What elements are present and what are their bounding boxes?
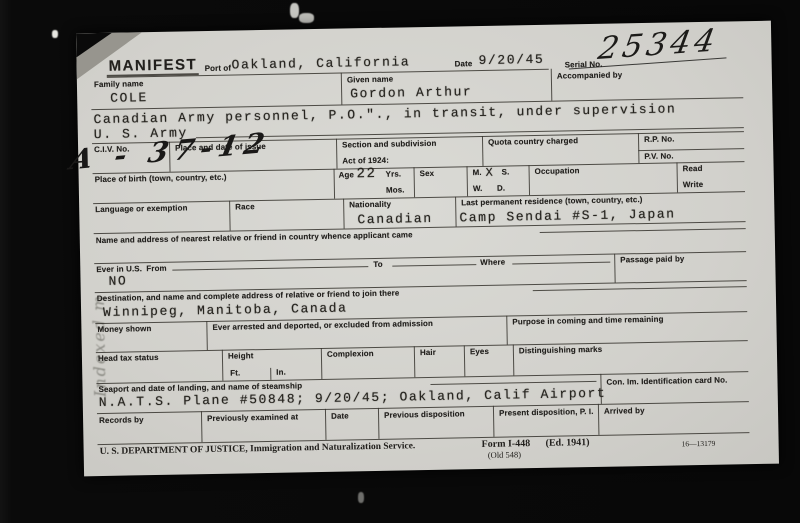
- residence-label: Last permanent residence (town, country,…: [461, 195, 643, 207]
- date-value: 9/20/45: [478, 52, 544, 68]
- pv-no-label: P.V. No.: [644, 151, 673, 161]
- rule-line: [93, 191, 745, 204]
- form-number: Form I-448: [482, 438, 531, 450]
- place-of-birth-label: Place of birth (town, country, etc.): [95, 173, 227, 184]
- port-label: Port of: [205, 64, 232, 73]
- cell-divider: [336, 139, 338, 169]
- cell-divider: [493, 406, 495, 437]
- act-1924-label: Act of 1924:: [342, 156, 389, 166]
- rule-line: [95, 280, 747, 293]
- cell-divider: [513, 344, 515, 375]
- cell-divider: [414, 167, 416, 197]
- accompanied-by-label: Accompanied by: [557, 70, 623, 80]
- cell-divider: [455, 196, 457, 226]
- rule-line: [512, 262, 610, 265]
- film-speck: [290, 3, 299, 18]
- print-code: 16—13179: [682, 439, 716, 449]
- in-label: In.: [276, 368, 286, 377]
- rule-line: [172, 266, 368, 271]
- cell-divider: [334, 169, 336, 199]
- head-tax-label: Head tax status: [98, 353, 159, 363]
- ever-in-us-value: NO: [108, 274, 127, 289]
- records-by-label: Records by: [99, 415, 144, 425]
- con-im-card-label: Con. Im. Identification card No.: [606, 376, 727, 387]
- form-edition: (Ed. 1941): [545, 437, 589, 449]
- height-label: Height: [228, 351, 254, 360]
- from-label: From: [146, 264, 167, 273]
- race-label: Race: [235, 202, 255, 211]
- occupation-label: Occupation: [535, 166, 580, 176]
- rp-no-label: R.P. No.: [644, 134, 675, 144]
- present-disposition-label: Present disposition, P. I.: [499, 407, 594, 418]
- cell-divider: [270, 368, 271, 380]
- cell-divider: [638, 133, 640, 163]
- cell-divider: [206, 321, 208, 350]
- destination-value: Winnipeg, Manitoba, Canada: [103, 300, 348, 319]
- passage-paid-label: Passage paid by: [620, 254, 684, 264]
- hair-label: Hair: [420, 348, 436, 357]
- manifest-card: Indexed m MANIFEST Port of Oakland, Cali…: [76, 21, 779, 477]
- cell-divider: [343, 199, 345, 229]
- write-label: Write: [683, 180, 704, 189]
- age-label: Age: [339, 170, 355, 179]
- cell-divider: [466, 166, 468, 196]
- cell-divider: [321, 348, 323, 379]
- film-speck: [52, 30, 58, 38]
- eyes-label: Eyes: [470, 347, 489, 356]
- rule-line: [430, 381, 596, 385]
- married-label: M.: [473, 168, 482, 177]
- divorced-label: D.: [497, 184, 505, 193]
- rule-line: [540, 228, 746, 233]
- nationality-value: Canadian: [357, 211, 432, 227]
- records-date-label: Date: [331, 411, 349, 420]
- cell-divider: [201, 411, 203, 442]
- rule-line: [638, 148, 744, 151]
- mos-label: Mos.: [386, 185, 405, 194]
- cell-divider: [528, 165, 530, 195]
- cell-divider: [229, 201, 231, 231]
- given-name-label: Given name: [347, 75, 394, 85]
- yrs-label: Yrs.: [386, 169, 402, 178]
- remarks-line1: Canadian Army personnel, P.O."., in tran…: [93, 101, 676, 127]
- language-label: Language or exemption: [95, 203, 187, 214]
- date-label: Date: [455, 59, 473, 68]
- cell-divider: [378, 408, 380, 439]
- form-title: MANIFEST: [108, 56, 197, 75]
- cell-divider: [506, 316, 508, 345]
- film-speck: [358, 492, 364, 503]
- serial-value-handwritten: 25344: [595, 22, 721, 66]
- family-name-label: Family name: [94, 79, 144, 89]
- read-label: Read: [683, 164, 703, 173]
- cell-divider: [222, 350, 224, 381]
- previous-disposition-label: Previous disposition: [384, 409, 465, 419]
- widowed-label: W.: [473, 184, 483, 193]
- single-label: S.: [502, 167, 510, 176]
- rule-line: [533, 286, 747, 291]
- quota-country-label: Quota country charged: [488, 136, 578, 147]
- port-value: Oakland, California: [231, 54, 410, 72]
- ever-in-us-label: Ever in U.S.: [96, 264, 142, 274]
- rule-line: [98, 432, 750, 445]
- film-speck: [299, 13, 314, 23]
- section-label: Section and subdivision: [342, 139, 436, 150]
- previously-examined-label: Previously examined at: [207, 412, 298, 423]
- cell-divider: [676, 162, 678, 192]
- cell-divider: [614, 254, 616, 283]
- money-shown-label: Money shown: [97, 324, 151, 334]
- nationality-label: Nationality: [349, 200, 391, 210]
- cell-divider: [551, 69, 553, 101]
- cell-divider: [482, 136, 484, 166]
- arrived-by-label: Arrived by: [604, 406, 645, 416]
- microfilm-scan: Indexed m MANIFEST Port of Oakland, Cali…: [0, 0, 800, 523]
- rule-line: [392, 264, 476, 267]
- cell-divider: [598, 404, 600, 435]
- purpose-label: Purpose in coming and time remaining: [512, 315, 663, 327]
- cell-divider: [325, 409, 327, 440]
- cell-divider: [414, 346, 416, 377]
- cell-divider: [341, 73, 343, 105]
- complexion-label: Complexion: [327, 349, 374, 359]
- family-name-value: COLE: [110, 90, 148, 106]
- sex-label: Sex: [420, 169, 435, 178]
- cell-divider: [464, 345, 466, 376]
- to-label: To: [373, 260, 383, 269]
- age-value: 22: [356, 166, 376, 182]
- marital-status-mark: X: [485, 166, 493, 180]
- ft-label: Ft.: [230, 368, 240, 377]
- where-label: Where: [480, 258, 505, 267]
- distinguishing-marks-label: Distinguishing marks: [519, 345, 603, 356]
- given-name-value: Gordon Arthur: [350, 84, 472, 101]
- old-form-number: (Old 548): [488, 449, 521, 460]
